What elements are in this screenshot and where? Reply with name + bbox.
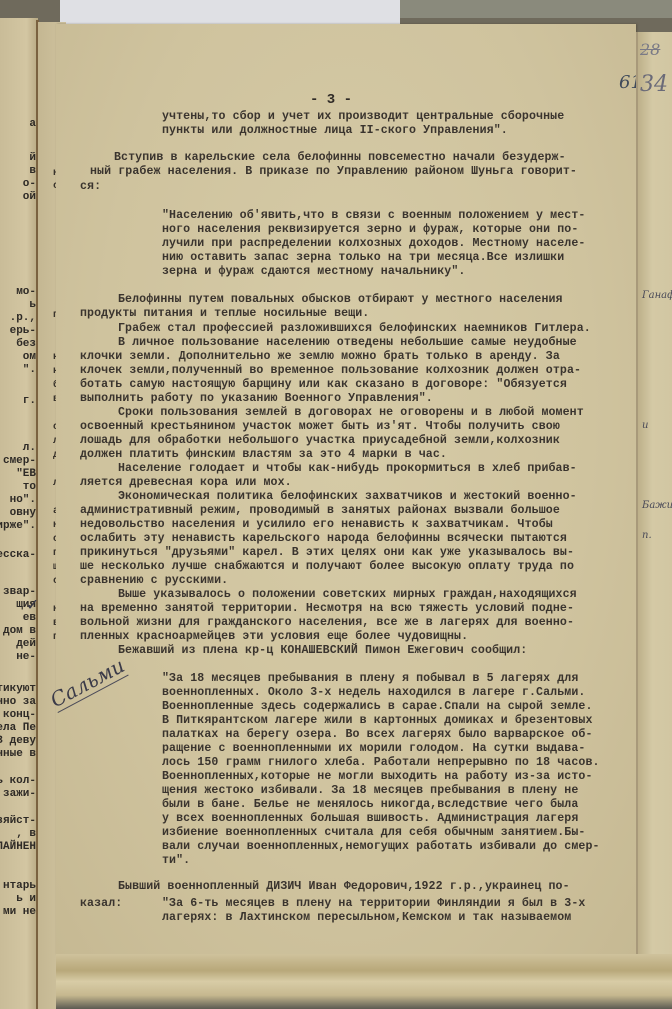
text-line: освоенный крестьянином участок может быт… (80, 420, 560, 435)
left-page-text-fragment: а (29, 118, 36, 131)
left-page-text-fragment: в (29, 165, 36, 178)
text-line: Выше указывалось о положении советских м… (118, 588, 577, 603)
left-page-text-fragment: дом в (3, 625, 36, 638)
text-line: лошадь для обработки небольшого участка … (80, 434, 560, 449)
text-line: вали случаи военнопленных,немогущих рабо… (162, 840, 600, 855)
left-page-text-fragment: в конц- (0, 709, 36, 722)
left-page-text-fragment: о- (23, 178, 36, 191)
text-line: должен платить финским властям за это 4 … (80, 448, 447, 463)
left-page-text-fragment: то (23, 481, 36, 494)
left-page-text-fragment: ирже". (0, 520, 36, 533)
text-line: казал: (80, 897, 122, 912)
left-page-text-fragment: ь (29, 299, 36, 312)
left-page-text-fragment: нно за (0, 696, 36, 709)
left-page-text-fragment: ". (23, 364, 36, 377)
text-line: Сроки пользования землей в договорах не … (118, 406, 584, 421)
text-line: Белофинны путем повальных обысков отбира… (118, 293, 563, 308)
text-line: "За 6-ть месяцев в плену на территории Ф… (162, 897, 585, 912)
left-page-text-fragment: нтарь (3, 880, 36, 893)
text-line: Экономическая политика белофинских захва… (118, 490, 577, 505)
left-page-text-fragment: овну (10, 507, 36, 520)
text-line: Вступив в карельские села белофинны повс… (114, 151, 566, 166)
top-background-dark-strip (400, 0, 672, 18)
left-page-text-fragment: без (16, 338, 36, 351)
text-line: пленных красноармейцев эти условия еще б… (80, 630, 468, 645)
text-line: щения жестоко избивали. За 18 месяцев пр… (162, 784, 578, 799)
left-page-text-fragment: дей (16, 638, 36, 651)
checkmark-icon: ✓ (26, 595, 39, 614)
text-line: ляется древесная кора или мох. (80, 476, 292, 491)
left-page-text-fragment: ом (23, 351, 36, 364)
left-page-text-fragment: , в (16, 828, 36, 841)
left-page-text-fragment: смер- (3, 455, 36, 468)
left-page-text-fragment: озяйст- (0, 815, 36, 828)
left-page-text-fragment: "ЕВ (16, 468, 36, 481)
text-line: Военнопленных,которые не могли выходить … (162, 770, 593, 785)
left-page-text-fragment: не- (16, 651, 36, 664)
text-line: палатках на берегу озера. Во всех лагеря… (162, 728, 593, 743)
text-line: ся: (80, 180, 101, 195)
text-line: "Населению об'явить,что в связи с военны… (162, 209, 585, 224)
text-line: пункты или должностные лица II-ского Упр… (162, 124, 508, 139)
left-page-text-fragment: ь и (16, 893, 36, 906)
page-number: - 3 - (310, 92, 352, 108)
text-line: Военнопленные здесь содержались в сарае.… (162, 700, 593, 715)
document-page: - 3 - 618 учтены,то сбор и учет их произ… (56, 24, 636, 954)
text-line: нию оставить запас зерна только на три м… (162, 251, 564, 266)
right-page-handwritten-note: и (642, 420, 648, 431)
text-line: "За 18 месяцев пребывания в плену я побы… (162, 672, 578, 687)
left-page-text-fragment: мо- (16, 286, 36, 299)
left-page-text-fragment: ть кол- (0, 775, 36, 788)
text-line: Бывший военнопленный ДИЗИЧ Иван Федорови… (118, 880, 570, 895)
text-line: клочки земли. Дополнительно же землю мож… (80, 350, 560, 365)
page-bottom-edges (56, 954, 672, 1009)
text-line: лагерях: в Лахтинском пересыльном,Кемско… (162, 911, 571, 926)
left-page-text-fragment: но". (10, 494, 36, 507)
text-line: сравнению с русскими. (80, 574, 228, 589)
text-line: ного населения реквизируется зерно и фур… (162, 223, 578, 238)
text-line: ти". (162, 854, 190, 869)
text-line: зерна и фураж сдаются местному начальник… (162, 265, 465, 280)
text-line: у всех военнопленных большая вшивость. А… (162, 812, 578, 827)
text-line: избиение военнопленных считала для себя … (162, 826, 585, 841)
text-line: прикинуться "друзьями" карел. В этих цел… (80, 546, 574, 561)
text-line: В личное пользование населению отведены … (118, 336, 577, 351)
text-line: военнопленных. Около 3-х недель находилс… (162, 686, 585, 701)
left-page-text-fragment: 3 деву (0, 735, 36, 748)
text-line: административный режим, проводимый в зан… (80, 504, 560, 519)
right-adjacent-page: ГанафелиБажип. (636, 32, 672, 992)
text-line: ный грабеж населения. В приказе по Управ… (90, 165, 577, 180)
text-line: ослабить эту ненависть карельского народ… (80, 532, 567, 547)
text-line: Бежавший из плена кр-ц КОНАШЕВСКИЙ Пимон… (118, 644, 527, 659)
left-page-text-fragment: ми не (3, 906, 36, 919)
left-page-text-fragment: й (29, 152, 36, 165)
right-page-handwritten-note: Ганафел (642, 290, 672, 301)
right-page-handwritten-note: п. (642, 530, 652, 541)
text-line: клочек земли,полученный во временное пол… (80, 364, 581, 379)
left-page-text-fragment: тикуют (0, 683, 36, 696)
left-page-text-fragment: ЛАЙНЕН (0, 841, 36, 854)
left-page-text-fragment: л. (23, 442, 36, 455)
text-line: В Питкярантском лагере жили в картонных … (162, 714, 593, 729)
text-line: продукты питания и теплые носильные вещи… (80, 307, 369, 322)
text-line: ращение с военнопленными их морили голод… (162, 742, 585, 757)
left-page-text-fragment: и зажи- (0, 788, 36, 801)
left-adjacent-page: айво-оймо-ь.р.,ерь-безом".г.л.смер-"ЕВто… (0, 18, 38, 1009)
text-line: Грабеж стал профессией разложившихся бел… (118, 322, 591, 337)
left-page-text-fragment: .р., (10, 312, 36, 325)
text-line: на временно занятой территории. Несмотря… (80, 602, 574, 617)
text-line: лось 150 грамм гнилого хлеба. Работали н… (162, 756, 600, 771)
left-page-text-fragment: села Пе (0, 722, 36, 735)
right-folio-struck: 28 (640, 40, 660, 59)
left-page-text-fragment: нные в (0, 748, 36, 761)
text-line: Население голодает и чтобы как-нибудь пр… (118, 462, 577, 477)
text-line: выполнить работу по указанию Военного Уп… (80, 392, 433, 407)
text-line: недовольство населения и усилило его нен… (80, 518, 553, 533)
top-background-strip (60, 0, 400, 24)
left-page-text-fragment: г. (23, 395, 36, 408)
right-folio-number: 34 (640, 72, 668, 97)
left-page-text-fragment: ой (23, 191, 36, 204)
left-page-text-fragment: есска- (0, 549, 36, 562)
text-line: лучили при распределении колхозных доход… (162, 237, 585, 252)
text-line: вольной жизни для гражданского населения… (80, 616, 574, 631)
left-page-text-fragment: ерь- (10, 325, 36, 338)
text-line: ше несколько лучше снабжаются и получают… (80, 560, 574, 575)
text-line: были в бане. Белье не менялось никогда,в… (162, 798, 578, 813)
text-line: ботать самую настоящую барщину или как с… (80, 378, 567, 393)
text-line: учтены,то сбор и учет их производит цент… (162, 110, 564, 125)
right-page-handwritten-note: Бажи (642, 500, 672, 511)
